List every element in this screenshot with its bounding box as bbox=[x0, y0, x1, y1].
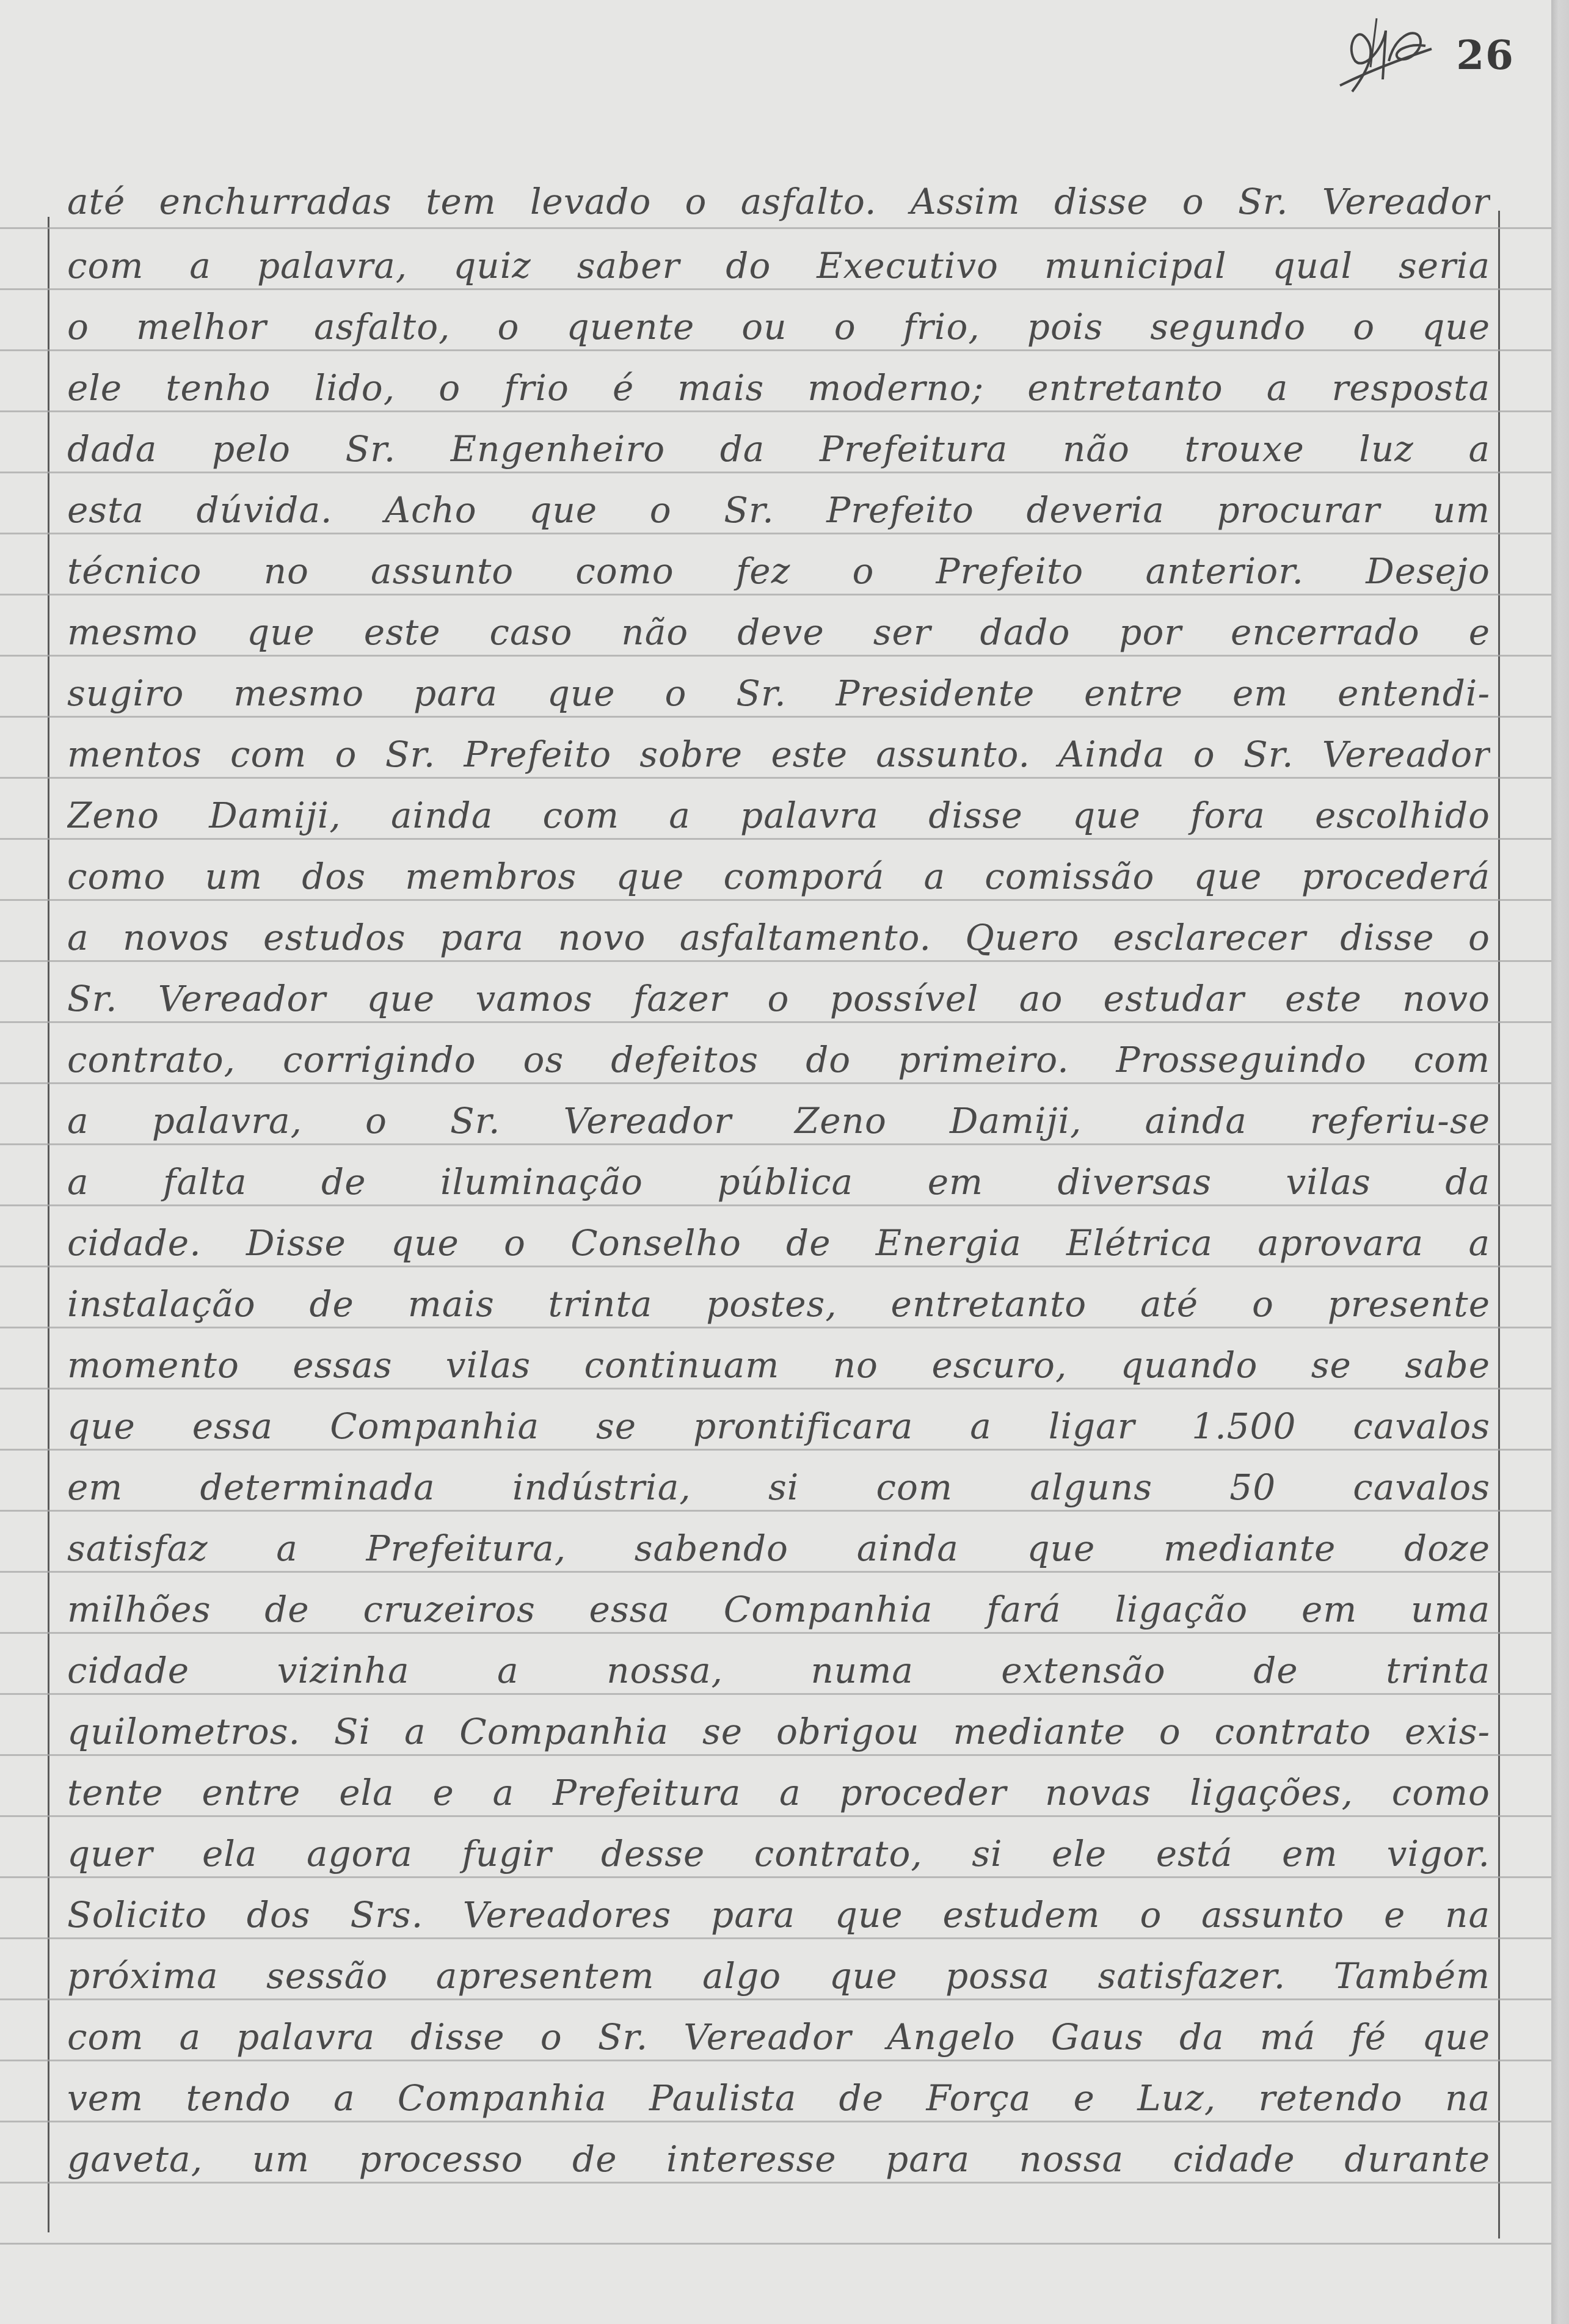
text-line: dada pelo Sr. Engenheiro da Prefeitura n… bbox=[67, 418, 1490, 479]
text-line: como um dos membros que comporá a comiss… bbox=[67, 846, 1490, 907]
text-line: a falta de iluminação pública em diversa… bbox=[67, 1151, 1490, 1212]
text-line: satisfaz a Prefeitura, sabendo ainda que… bbox=[67, 1518, 1490, 1579]
text-line: quer ela agora fugir desse contrato, si … bbox=[67, 1823, 1490, 1884]
text-line: com a palavra, quiz saber do Executivo m… bbox=[67, 235, 1490, 296]
text-line: ele tenho lido, o frio é mais moderno; e… bbox=[67, 357, 1490, 418]
text-line: a novos estudos para novo asfaltamento. … bbox=[67, 907, 1490, 968]
text-line: Zeno Damiji, ainda com a palavra disse q… bbox=[67, 785, 1490, 846]
text-line: esta dúvida. Acho que o Sr. Prefeito dev… bbox=[67, 479, 1490, 541]
page-number: 26 bbox=[1456, 31, 1515, 79]
text-line: a palavra, o Sr. Vereador Zeno Damiji, a… bbox=[67, 1090, 1490, 1151]
text-line: cidade. Disse que o Conselho de Energia … bbox=[67, 1212, 1490, 1273]
text-line: instalação de mais trinta postes, entret… bbox=[67, 1273, 1490, 1335]
text-line: gaveta, um processo de interesse para no… bbox=[67, 2129, 1490, 2190]
text-line: contrato, corrigindo os defeitos do prim… bbox=[67, 1029, 1490, 1090]
page-edge-shadow bbox=[1551, 0, 1569, 2324]
signature-rubric bbox=[1328, 12, 1438, 98]
text-line: Solicito dos Srs. Vereadores para que es… bbox=[67, 1884, 1490, 1945]
text-line: Sr. Vereador que vamos fazer o possível … bbox=[67, 968, 1490, 1029]
text-line: com a palavra disse o Sr. Vereador Angel… bbox=[67, 2006, 1490, 2067]
text-line: momento essas vilas continuam no escuro,… bbox=[67, 1335, 1490, 1396]
left-margin-line bbox=[48, 217, 49, 2232]
text-line: vem tendo a Companhia Paulista de Força … bbox=[67, 2067, 1490, 2129]
page-header: 26 bbox=[1328, 12, 1515, 98]
text-line: milhões de cruzeiros essa Companhia fará… bbox=[67, 1579, 1490, 1640]
text-line: que essa Companhia se prontificara a lig… bbox=[67, 1396, 1490, 1457]
ruled-line bbox=[0, 2243, 1551, 2245]
text-line: técnico no assunto como fez o Prefeito a… bbox=[67, 541, 1490, 602]
text-line: em determinada indústria, si com alguns … bbox=[67, 1457, 1490, 1518]
text-line: tente entre ela e a Prefeitura a procede… bbox=[67, 1762, 1490, 1823]
text-line: cidade vizinha a nossa, numa extensão de… bbox=[67, 1640, 1490, 1701]
text-line: quilometros. Si a Companhia se obrigou m… bbox=[67, 1701, 1490, 1762]
text-line: sugiro mesmo para que o Sr. Presidente e… bbox=[67, 663, 1490, 724]
right-margin-line bbox=[1498, 211, 1500, 2238]
text-line: o melhor asfalto, o quente ou o frio, po… bbox=[67, 296, 1490, 357]
signature-icon bbox=[1328, 12, 1438, 98]
text-line: mentos com o Sr. Prefeito sobre este ass… bbox=[67, 724, 1490, 785]
document-page: 26 até enchurradas tem levado o asfalto.… bbox=[0, 0, 1551, 2324]
text-line: mesmo que este caso não deve ser dado po… bbox=[67, 602, 1490, 663]
text-line: próxima sessão apresentem algo que possa… bbox=[67, 1945, 1490, 2006]
text-line: até enchurradas tem levado o asfalto. As… bbox=[67, 171, 1490, 232]
